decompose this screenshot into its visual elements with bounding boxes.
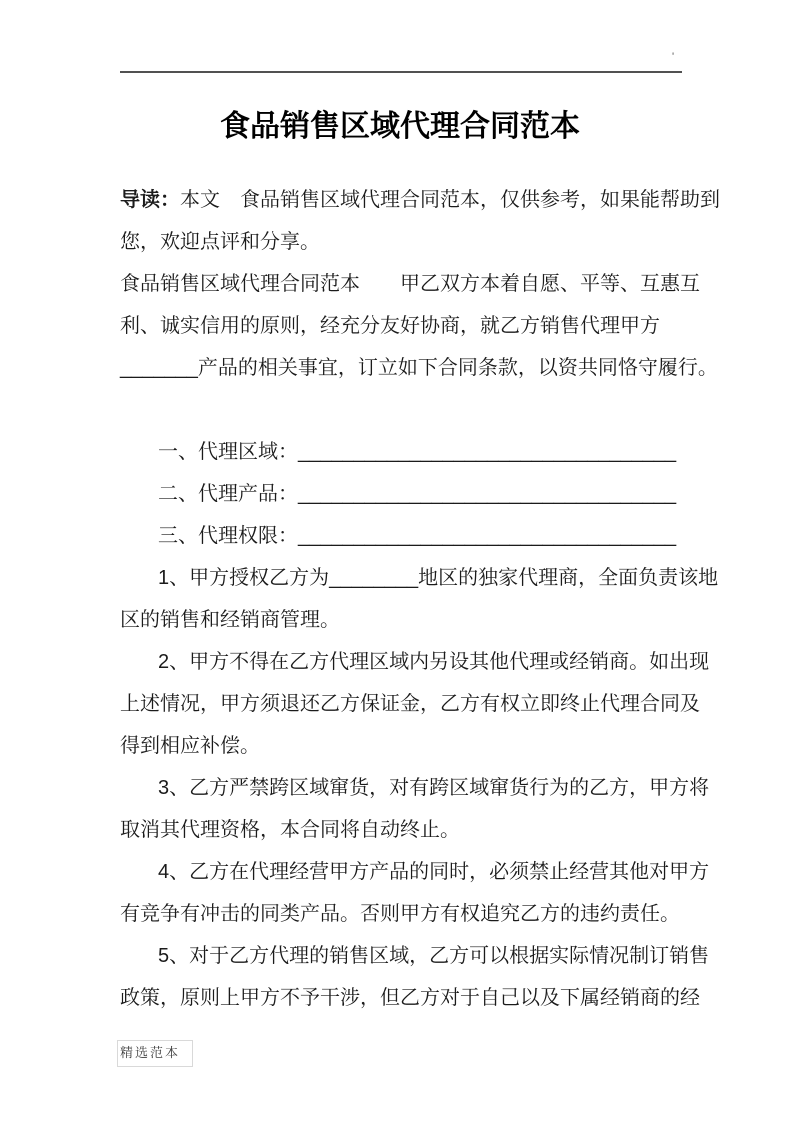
footer-watermark-box: 精选范本	[117, 1040, 193, 1067]
section-line-agency-region: 一、代理区域：_________________________________…	[120, 431, 684, 473]
intro-line-1: 导读：本文 食品销售区域代理合同范本，仅供参考，如果能帮助到	[120, 179, 684, 221]
document-page: ' 食品销售区域代理合同范本 导读：本文 食品销售区域代理合同范本，仅供参考，如…	[0, 0, 800, 1132]
section-line-agency-authority: 三、代理权限：_________________________________…	[120, 515, 684, 557]
intro-line-1-text: 本文 食品销售区域代理合同范本，仅供参考，如果能帮助到	[180, 189, 720, 211]
clause-3-line-1: 3、乙方严禁跨区域窜货，对有跨区域窜货行为的乙方，甲方将	[120, 767, 684, 809]
clause-4-line-2: 有竞争有冲击的同类产品。否则甲方有权追究乙方的违约责任。	[120, 893, 684, 935]
para-line-with-blank: _______产品的相关事宜，订立如下合同条款，以资共同恪守履行。	[120, 347, 684, 389]
clause-5-line-1: 5、对于乙方代理的销售区域，乙方可以根据实际情况制订销售	[120, 935, 684, 977]
para-line: 食品销售区域代理合同范本 甲乙双方本着自愿、平等、互惠互	[120, 263, 684, 305]
clause-4-line-1: 4、乙方在代理经营甲方产品的同时，必须禁止经营其他对甲方	[120, 851, 684, 893]
clause-3-line-2: 取消其代理资格，本合同将自动终止。	[120, 809, 684, 851]
clause-1-line-2: 区的销售和经销商管理。	[120, 599, 684, 641]
empty-line	[120, 389, 684, 431]
clause-2-line-2: 上述情况，甲方须退还乙方保证金，乙方有权立即终止代理合同及	[120, 683, 684, 725]
clause-2-line-1: 2、甲方不得在乙方代理区域内另设其他代理或经销商。如出现	[120, 641, 684, 683]
clause-5-line-2: 政策，原则上甲方不予干涉，但乙方对于自己以及下属经销商的经	[120, 977, 684, 1019]
document-title: 食品销售区域代理合同范本	[0, 107, 800, 147]
section-line-agency-product: 二、代理产品：_________________________________…	[120, 473, 684, 515]
intro-line-2: 您，欢迎点评和分享。	[120, 221, 684, 263]
footer-watermark-label: 精选范本	[120, 1045, 180, 1060]
intro-lead-label: 导读：	[120, 189, 180, 211]
header-rule	[120, 71, 682, 73]
clause-1-line-1: 1、甲方授权乙方为________地区的独家代理商，全面负责该地	[120, 557, 684, 599]
document-body: 导读：本文 食品销售区域代理合同范本，仅供参考，如果能帮助到 您，欢迎点评和分享…	[120, 179, 684, 1019]
para-line: 利、诚实信用的原则，经充分友好协商，就乙方销售代理甲方	[120, 305, 684, 347]
clause-2-line-3: 得到相应补偿。	[120, 725, 684, 767]
header-tiny-mark: '	[672, 52, 674, 63]
